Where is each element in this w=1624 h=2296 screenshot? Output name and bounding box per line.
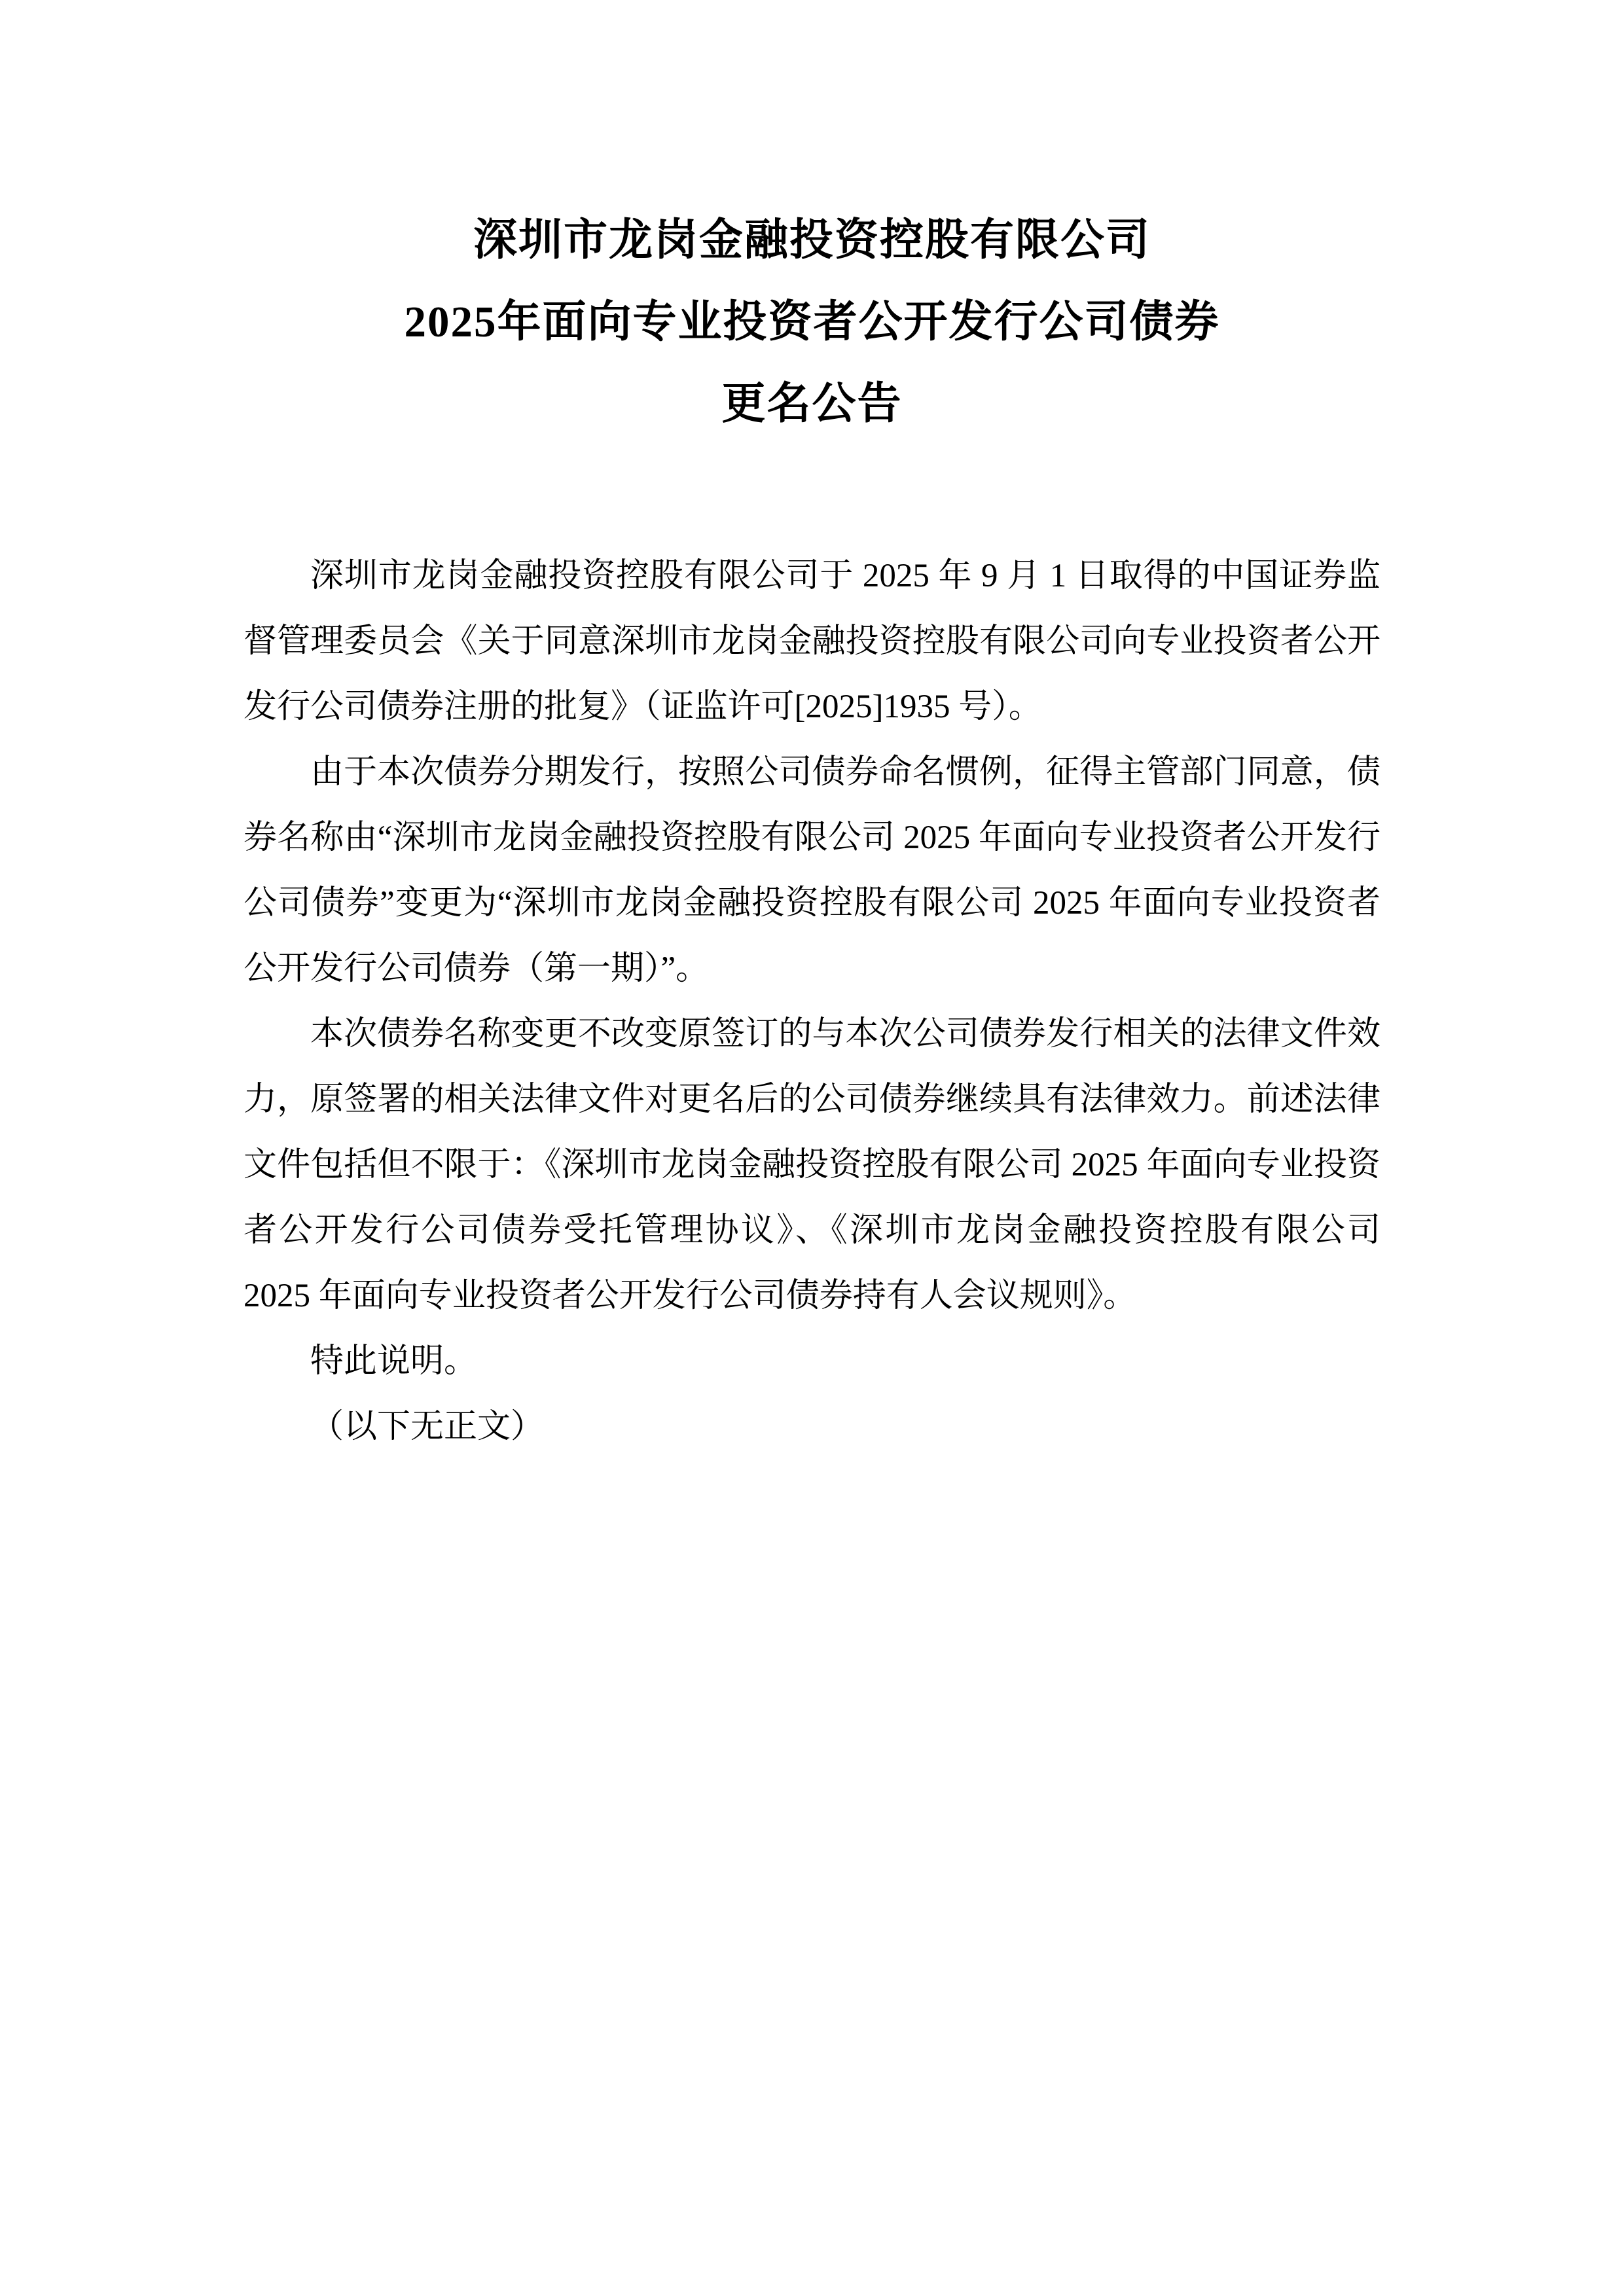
title-line-announcement-type: 更名公告 — [0, 363, 1624, 445]
document-title: 深圳市龙岗金融投资控股有限公司 2025年面向专业投资者公开发行公司债券 更名公… — [0, 0, 1624, 445]
paragraph-name-change: 由于本次债券分期发行，按照公司债券命名惯例，征得主管部门同意，债券名称由“深圳市… — [244, 740, 1380, 1001]
paragraph-hereby-stated: 特此说明。 — [244, 1329, 1380, 1394]
paragraph-no-further-text: （以下无正文） — [244, 1394, 1380, 1460]
document-body: 深圳市龙岗金融投资控股有限公司于 2025 年 9 月 1 日取得的中国证券监督… — [244, 543, 1380, 1460]
title-line-bond-issue: 2025年面向专业投资者公开发行公司债券 — [0, 281, 1624, 363]
document-page: 深圳市龙岗金融投资控股有限公司 2025年面向专业投资者公开发行公司债券 更名公… — [0, 0, 1624, 2296]
paragraph-legal-validity: 本次债券名称变更不改变原签订的与本次公司债券发行相关的法律文件效力，原签署的相关… — [244, 1001, 1380, 1329]
paragraph-approval-registration: 深圳市龙岗金融投资控股有限公司于 2025 年 9 月 1 日取得的中国证券监督… — [244, 543, 1380, 740]
title-line-company-name: 深圳市龙岗金融投资控股有限公司 — [0, 200, 1624, 281]
